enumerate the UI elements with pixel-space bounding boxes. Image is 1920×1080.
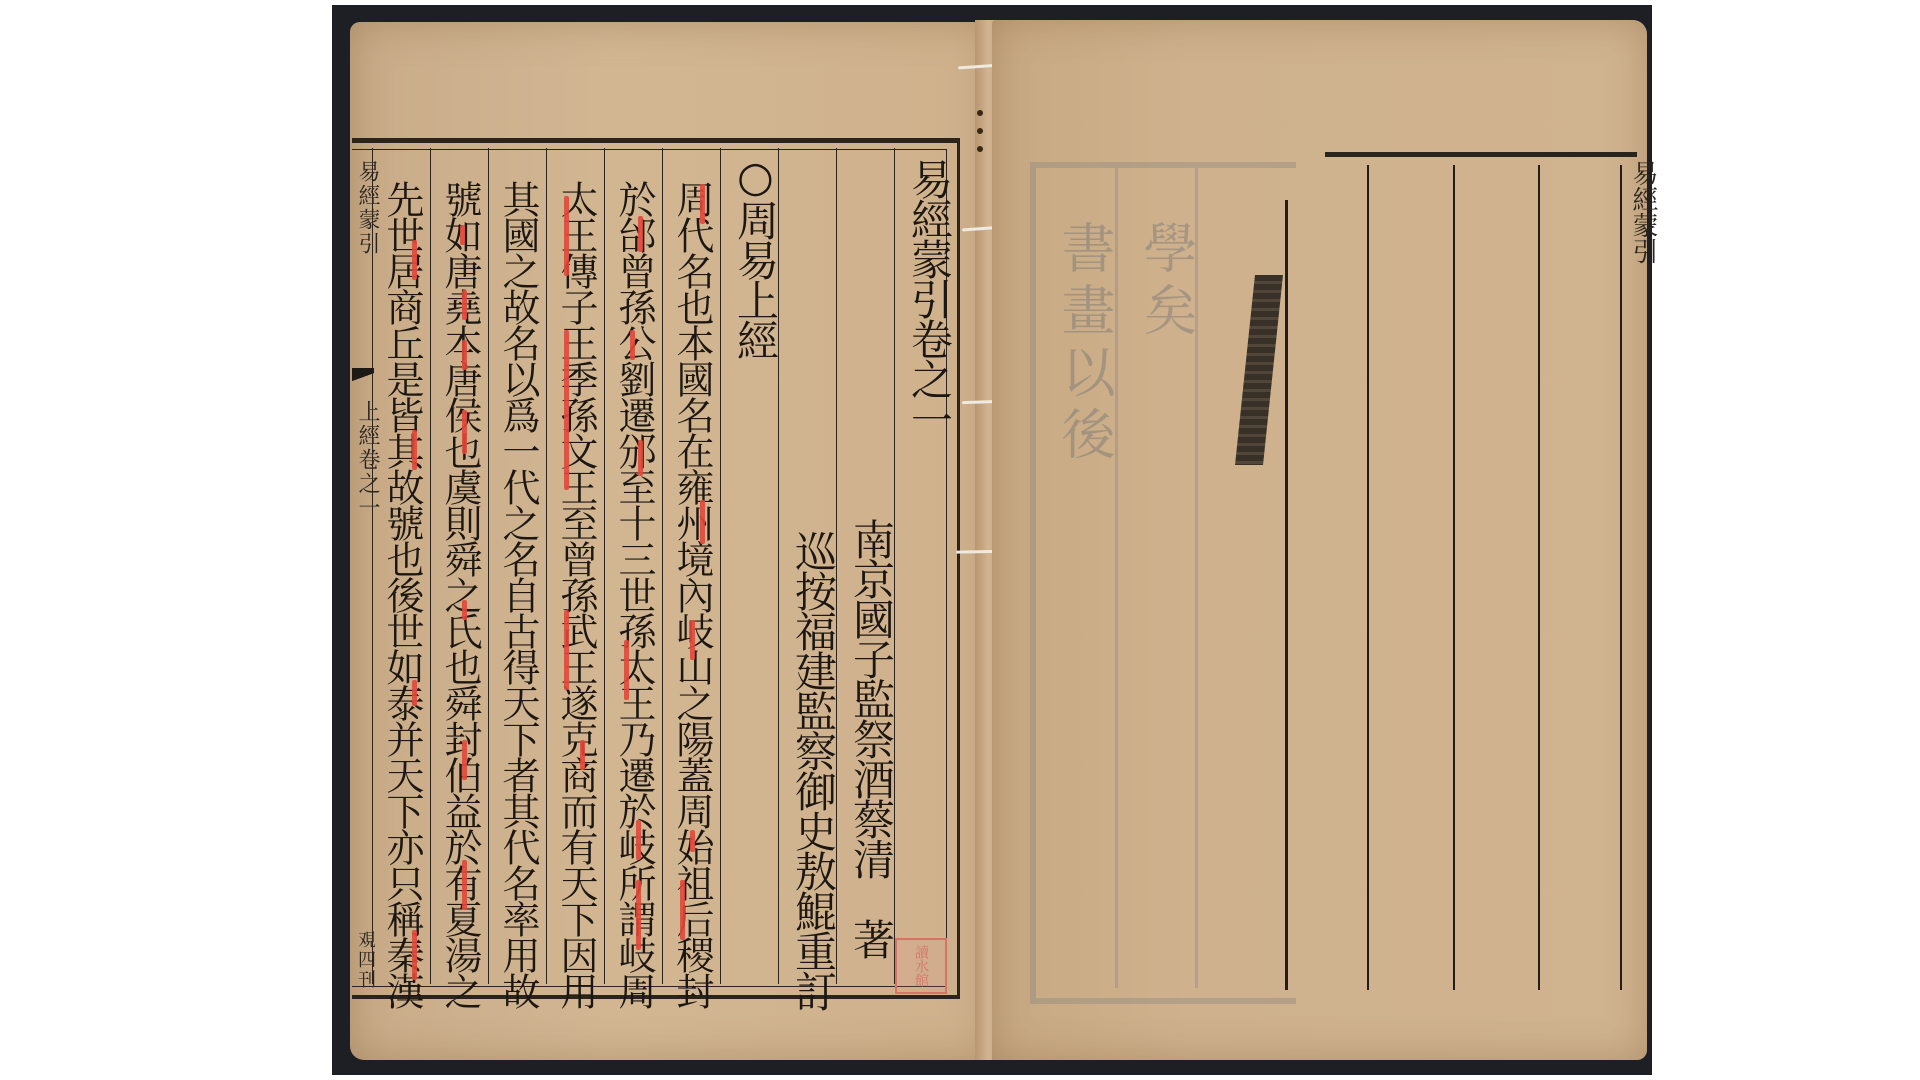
red-annotation-mark	[412, 930, 417, 980]
body-column: 先世居商丘是皆其故號也後世如泰并天下亦只稱秦漢	[376, 180, 428, 1008]
section-heading: ○周易上經	[726, 152, 784, 359]
red-annotation-mark	[412, 240, 417, 280]
margin-printer: 覌四刊	[352, 930, 378, 990]
red-annotation-mark	[462, 740, 467, 780]
red-annotation-mark	[630, 330, 635, 360]
red-annotation-mark	[412, 430, 417, 470]
red-annotation-mark	[636, 820, 641, 860]
red-annotation-mark	[564, 196, 569, 276]
ruled-line	[1453, 165, 1455, 990]
red-annotation-mark	[638, 440, 643, 476]
red-annotation-mark	[690, 620, 695, 660]
body-column: 太王傳子王季孫文王至曾孫武王遂克商而有天下因用	[550, 180, 602, 1008]
body-column: 其國之故名以爲一代之名自古得天下者其代名率用故	[492, 180, 544, 1008]
red-annotation-mark	[460, 225, 465, 245]
red-annotation-mark	[462, 410, 467, 454]
right-margin-title: 易經蒙引	[1625, 160, 1662, 264]
red-annotation-mark	[638, 216, 643, 252]
volume-title: 易經蒙引卷之一	[900, 158, 958, 438]
ruled-line	[1367, 165, 1369, 990]
collector-seal: 讀水館	[895, 938, 947, 994]
red-annotation-mark	[462, 290, 467, 320]
reviser-line: 巡按福建監察御史敖鯤重訂	[784, 530, 842, 1010]
ruled-line	[1285, 200, 1288, 990]
red-annotation-mark	[412, 680, 417, 706]
body-column: 周代名也本國名在雍州境內岐山之陽蓋周始祖后稷封	[666, 180, 718, 1008]
red-annotation-mark	[700, 184, 705, 224]
binding-hole	[977, 146, 983, 152]
red-annotation-mark	[700, 500, 705, 544]
binding-hole	[977, 110, 983, 116]
binding-hole	[977, 128, 983, 134]
author-suffix: 著	[842, 918, 900, 958]
ruled-line	[1620, 165, 1622, 990]
body-column: 號如唐堯本唐侯也虞則舜之氏也舜封伯益於有夏湯之	[434, 180, 486, 1008]
red-annotation-mark	[636, 880, 641, 950]
red-annotation-mark	[580, 740, 585, 770]
red-annotation-mark	[624, 640, 629, 700]
ruled-line	[1538, 165, 1540, 990]
bleed-through-text: 學矣	[1128, 220, 1205, 344]
red-annotation-mark	[680, 880, 685, 940]
red-annotation-mark	[462, 860, 467, 910]
author-line: 南京國子監祭酒蔡清	[842, 518, 900, 878]
red-annotation-mark	[564, 330, 569, 490]
red-annotation-mark	[564, 610, 569, 690]
red-annotation-mark	[690, 830, 695, 852]
right-page-frame	[1325, 152, 1637, 995]
bleed-through-text: 書畫以後	[1046, 220, 1123, 468]
red-annotation-mark	[462, 600, 467, 620]
body-column: 於邰曾孫公劉遷邠至十三世孫太王乃遷於岐所謂岐周	[608, 180, 660, 1008]
red-annotation-mark	[462, 340, 467, 370]
fishtail-mark-icon	[352, 368, 374, 386]
